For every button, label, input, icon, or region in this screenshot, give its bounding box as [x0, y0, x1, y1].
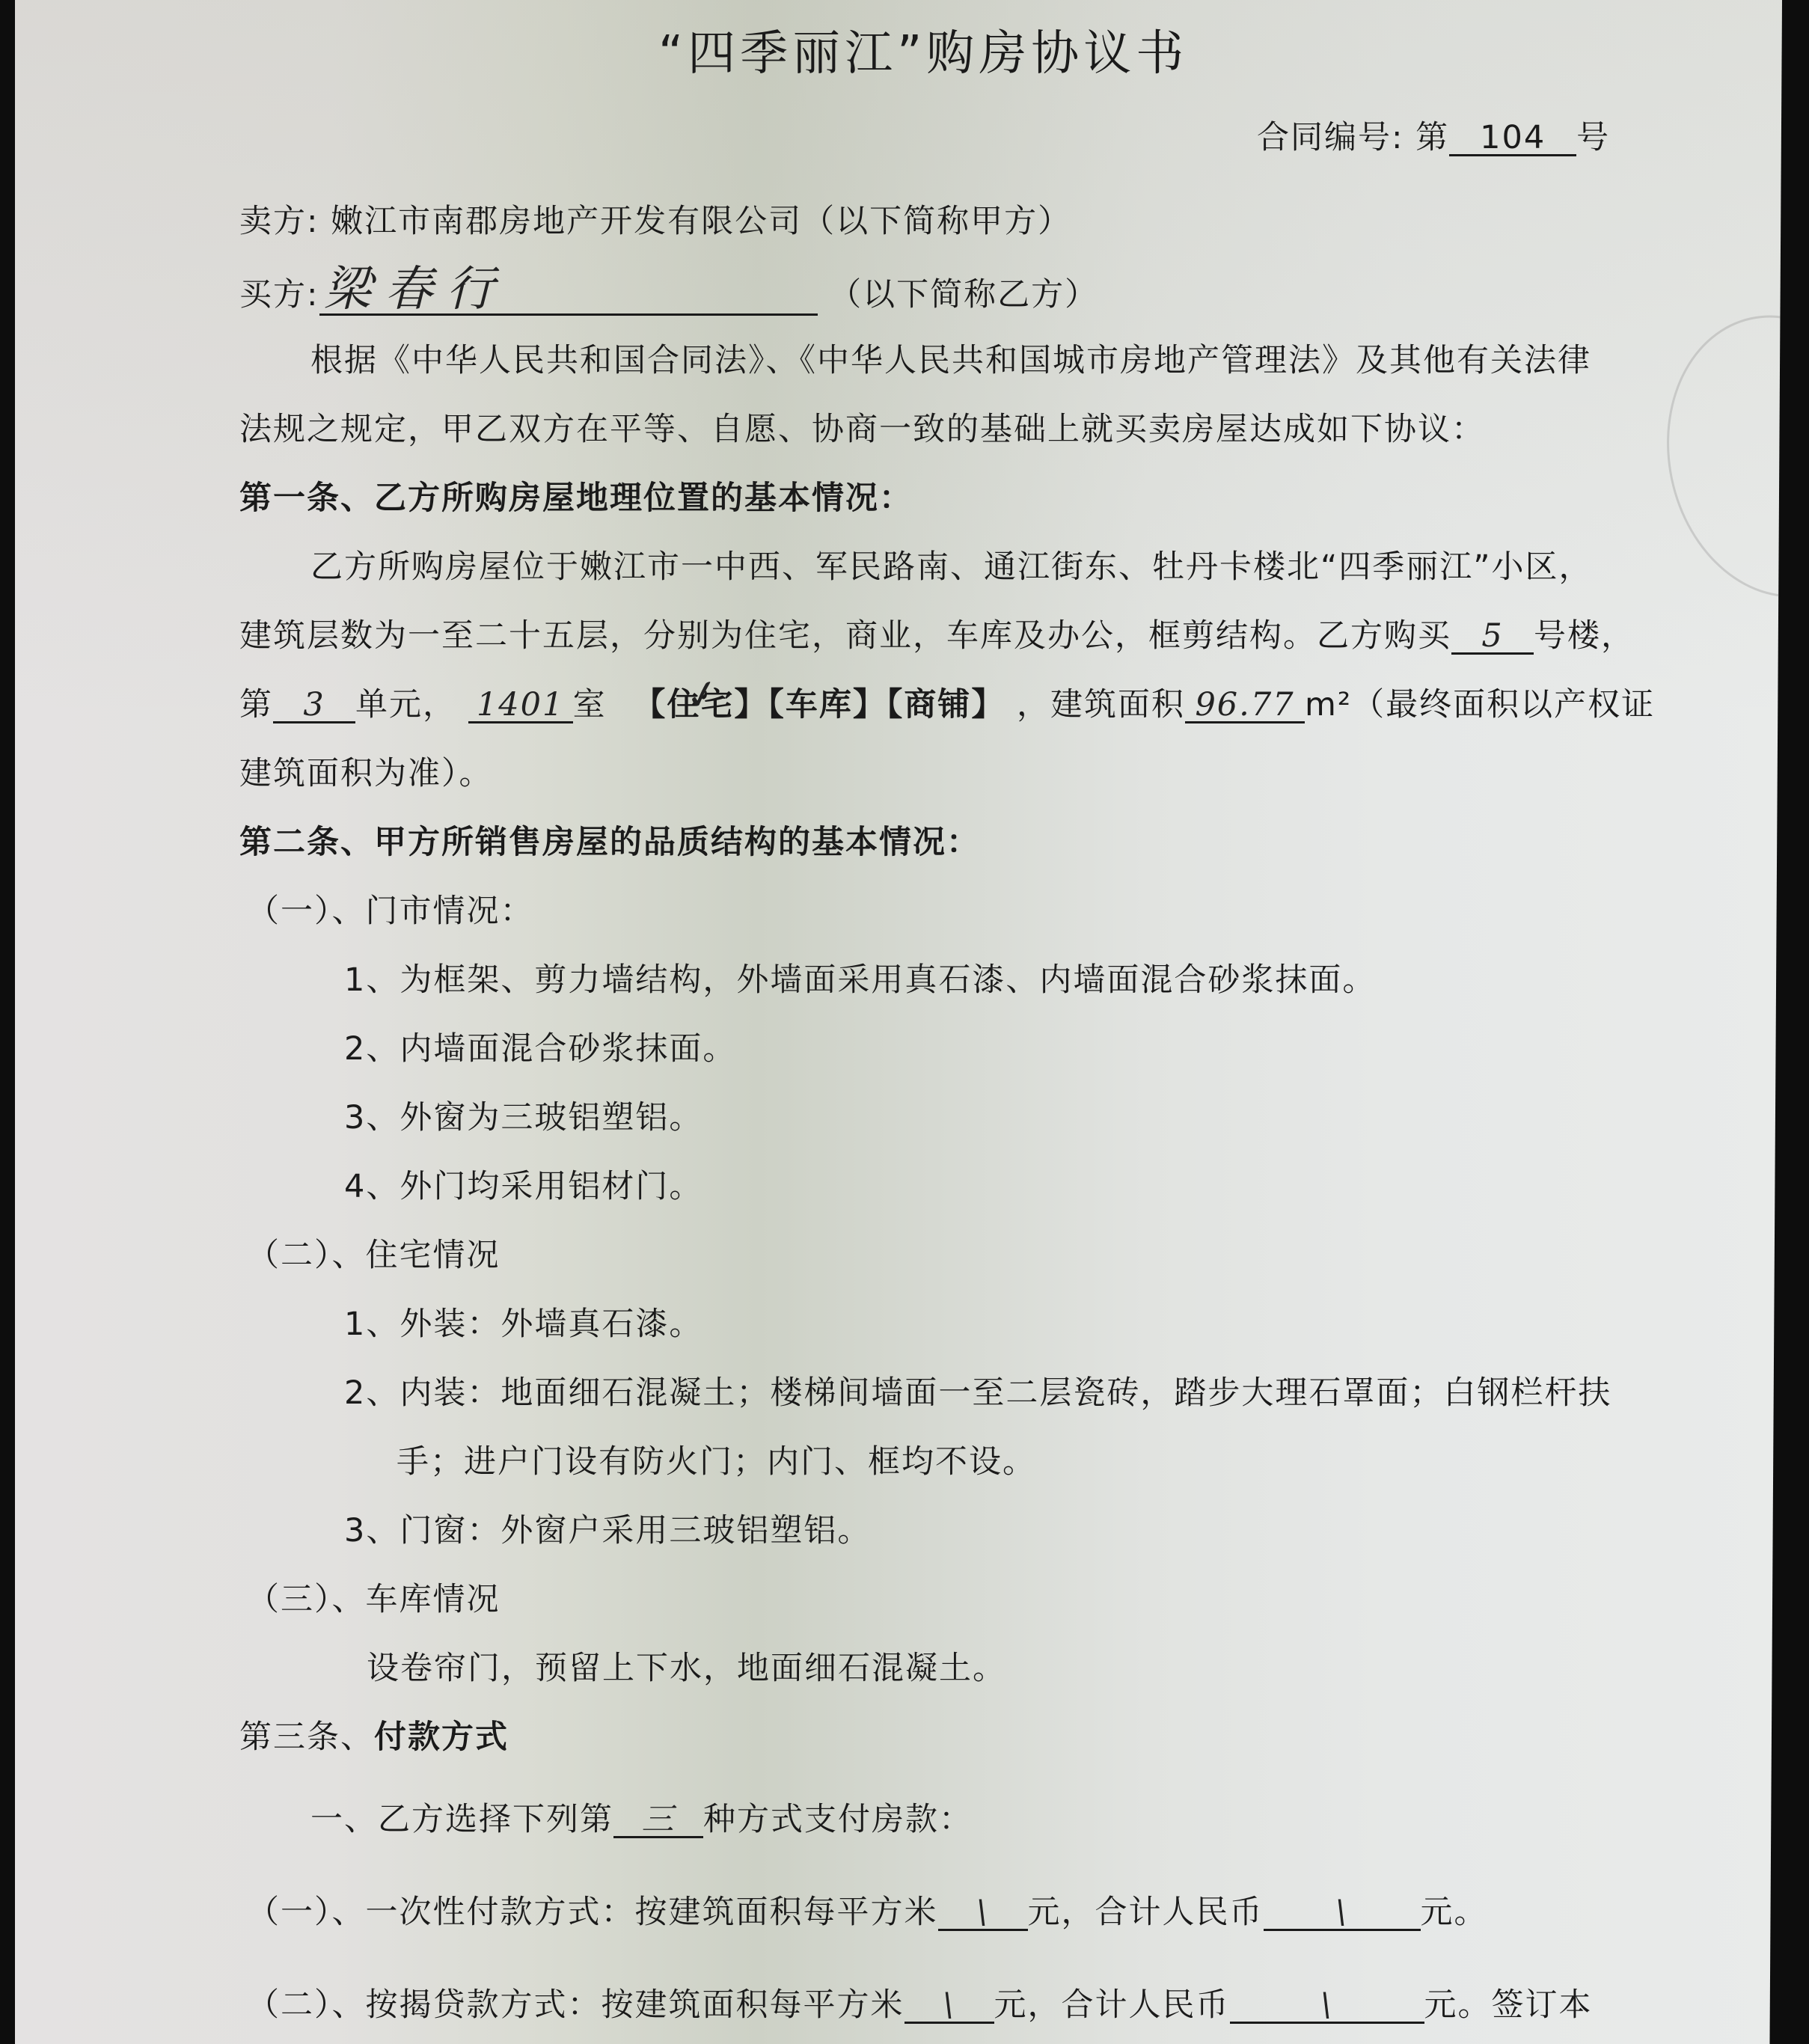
- room-number: 1401: [468, 689, 573, 723]
- contract-page: “四季丽江”购房协议书 合同编号: 第104号 卖方: 嫩江市南郡房地产开发有限…: [15, 0, 1782, 2044]
- article-1-line-2-text: 建筑层数为一至二十五层，分别为住宅，商业，车库及办公，框剪结构。乙方购买: [239, 617, 1451, 655]
- section-2-heading: （二）、住宅情况: [247, 1230, 501, 1276]
- section-1-item-3: 3、外窗为三玻铝塑铝。: [344, 1092, 703, 1138]
- building-suffix: 号楼，: [1534, 617, 1635, 655]
- option-1-suffix: 元。: [1421, 1894, 1488, 1931]
- payment-choice-prefix: 一、乙方选择下列第: [310, 1801, 613, 1838]
- room-label: 室: [573, 686, 607, 723]
- article-1-line-2: 建筑层数为一至二十五层，分别为住宅，商业，车库及办公，框剪结构。乙方购买5号楼，: [239, 611, 1635, 656]
- seller-name: 嫩江市南郡房地产开发有限公司（以下简称甲方）: [331, 203, 1071, 240]
- section-1-item-2: 2、内墙面混合砂浆抹面。: [344, 1023, 736, 1069]
- unit-prefix: 第: [239, 686, 273, 723]
- contract-number-suffix: 号: [1576, 119, 1610, 156]
- contract-number: 合同编号: 第104号: [1257, 112, 1610, 158]
- section-3-item-1: 设卷帘门，预留上下水，地面细石混凝土。: [367, 1643, 1006, 1689]
- option-1-prefix: （一）、一次性付款方式：按建筑面积每平方米: [247, 1894, 938, 1931]
- option-2-price: \: [904, 1989, 994, 2024]
- preamble-line-1: 根据《中华人民共和国合同法》、《中华人民共和国城市房地产管理法》及其他有关法律: [310, 335, 1591, 381]
- area-value: 96.77: [1185, 689, 1305, 723]
- buyer-line: 买方:梁春行 （以下简称乙方）: [239, 266, 1098, 316]
- area-label: ，建筑面积: [1017, 686, 1185, 723]
- section-2-item-2: 2、内装：地面细石混凝土；楼梯间墙面一至二层瓷砖，踏步大理石罩面；白钢栏杆扶: [344, 1368, 1611, 1413]
- unit-number: 3: [273, 689, 355, 723]
- article-1-line-3: 第3单元， 1401室 【住宅】【车库】【商铺】 ✓ ，建筑面积96.77m²（…: [239, 679, 1655, 725]
- payment-choice-line: 一、乙方选择下列第三种方式支付房款：: [310, 1794, 973, 1840]
- type-option-shop: 【商铺】: [887, 686, 1005, 723]
- article-2-heading: 第二条、甲方所销售房屋的品质结构的基本情况：: [239, 817, 980, 863]
- section-3-heading: （三）、车库情况: [247, 1574, 501, 1620]
- section-2-item-1: 1、外装：外墙真石漆。: [344, 1299, 703, 1344]
- article-3-title: 付款方式: [374, 1719, 509, 1756]
- option-2-suffix: 元。签订本: [1424, 1986, 1593, 2024]
- option-2-total: \: [1230, 1989, 1424, 2024]
- buyer-label: 买方:: [239, 276, 319, 313]
- document-title: “四季丽江”购房协议书: [658, 15, 1188, 84]
- option-2-mid: 元，合计人民币: [994, 1986, 1230, 2024]
- buyer-suffix: （以下简称乙方）: [829, 276, 1098, 313]
- seller-line: 卖方: 嫩江市南郡房地产开发有限公司（以下简称甲方）: [239, 196, 1071, 242]
- contract-number-label: 合同编号: 第: [1257, 119, 1449, 156]
- area-unit: m²: [1305, 686, 1352, 723]
- section-2-item-3: 3、门窗：外窗户采用三玻铝塑铝。: [344, 1505, 871, 1551]
- type-option-garage: 【车库】: [768, 686, 887, 723]
- option-2-prefix: （二）、按揭贷款方式：按建筑面积每平方米: [247, 1986, 904, 2024]
- section-1-item-4: 4、外门均采用铝材门。: [344, 1161, 703, 1207]
- payment-choice-suffix: 种方式支付房款：: [703, 1801, 973, 1838]
- payment-option-2: （二）、按揭贷款方式：按建筑面积每平方米\元，合计人民币\元。签订本: [247, 1980, 1593, 2025]
- section-1-heading: （一）、门市情况：: [247, 886, 534, 931]
- contract-number-value: 104: [1449, 122, 1576, 156]
- option-1-total: \: [1264, 1897, 1421, 1931]
- area-note: （最终面积以产权证: [1352, 686, 1655, 723]
- seller-label: 卖方:: [239, 203, 319, 240]
- section-2-item-2-cont: 手；进户门设有防火门；内门、框均不设。: [397, 1436, 1036, 1482]
- payment-option-1: （一）、一次性付款方式：按建筑面积每平方米\元，合计人民币\元。: [247, 1887, 1488, 1933]
- option-1-price: \: [938, 1897, 1028, 1931]
- building-number: 5: [1451, 620, 1534, 655]
- property-type-options: 【住宅】【车库】【商铺】 ✓: [633, 686, 1017, 723]
- article-1-heading: 第一条、乙方所购房屋地理位置的基本情况：: [239, 473, 913, 518]
- payment-choice-value: 三: [613, 1804, 703, 1838]
- unit-label: 单元，: [355, 686, 456, 723]
- article-1-line-4: 建筑面积为准）。: [239, 748, 493, 794]
- buyer-signature: 梁春行: [319, 266, 818, 316]
- article-3-prefix: 第三条、: [239, 1719, 374, 1756]
- preamble-line-2: 法规之规定，甲乙双方在平等、自愿、协商一致的基础上就买卖房屋达成如下协议：: [239, 404, 1485, 450]
- section-1-item-1: 1、为框架、剪力墙结构，外墙面采用真石漆、内墙面混合砂浆抹面。: [344, 955, 1376, 1000]
- option-1-mid: 元，合计人民币: [1028, 1894, 1264, 1931]
- article-1-line-1: 乙方所购房屋位于嫩江市一中西、军民路南、通江街东、牡丹卡楼北“四季丽江”小区，: [310, 542, 1593, 587]
- article-3-heading: 第三条、付款方式: [239, 1712, 509, 1757]
